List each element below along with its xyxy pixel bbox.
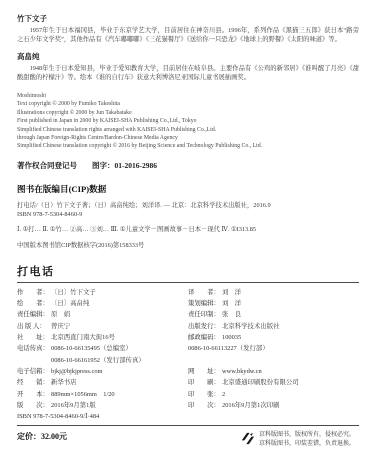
row-label: 作 者： xyxy=(17,287,51,298)
row-value: 2016年9月第1版 xyxy=(51,400,96,411)
author-bio-text: 1957年生于日本福冈县，毕业于东京学艺大学，目前居住在神奈川县。1996年，系… xyxy=(17,26,359,44)
colophon-bottom: 定价：32.00元 京科版图书，版权所有，侵权必究。 京科版图书，印装差错，负责… xyxy=(17,425,359,448)
row-label: 责任编辑： xyxy=(17,309,51,320)
row-label: 邮政编码： xyxy=(188,332,222,343)
book-title: 打电话 xyxy=(17,263,359,283)
row-value: 刘 洋 xyxy=(222,298,241,309)
illustrator-bio-text: 1948年生于日本爱知县，毕业于爱知教育大学，目前居住在岐阜县。主要作品有《公鸡… xyxy=(17,64,359,82)
row-value: www.bkydw.cn xyxy=(222,366,262,377)
row-value: 刘 洋 xyxy=(222,287,241,298)
row-value: 0086-10-66161952（发行部传真） xyxy=(51,355,145,366)
row-label: 译 者： xyxy=(188,287,222,298)
copyright-registration-number: 著作权合同登记号 图字：01-2016-2986 xyxy=(17,160,359,171)
row-value: 〔日〕竹下文子 xyxy=(51,287,96,298)
cip-classification-line: Ⅰ. ①打… Ⅱ. ①竹… ②高… ③刘… Ⅲ. ①儿童文学－图画故事－日本－现… xyxy=(17,225,359,234)
author-bio-takeshita: 竹下文子 1957年生于日本福冈县，毕业于东京学艺大学，目前居住在神奈川县。19… xyxy=(17,13,359,44)
row-illustrator: 绘 者：〔日〕高畠纯 xyxy=(17,298,188,309)
row-label: 电话传真： xyxy=(17,343,51,354)
row-email: 电子信箱：bjkj@bjkjpress.com xyxy=(17,366,188,377)
quality-notice: 京科版图书，印装差错，负责退换。 xyxy=(259,440,355,449)
row-impression: 印 次：2016年9月第1次印刷 xyxy=(188,400,359,411)
copyright-notice: 京科版图书，版权所有，侵权必究。 xyxy=(259,431,355,440)
row-publisher-person: 出 版 人：曾庆宁 xyxy=(17,321,188,332)
row-value: 100035 xyxy=(222,332,241,343)
cip-title-line: 打电话/（日）竹下文子著；（日）高畠纯绘；刘洋译. — 北京：北京科学技术出版社… xyxy=(17,201,359,210)
row-value: 0086-10-66135495（总编室） xyxy=(51,343,132,354)
row-value: 新华书店 xyxy=(51,377,77,388)
copyright-line: Text copyright © 2000 by Fumiko Takeshit… xyxy=(17,100,359,108)
row-label: 经 销： xyxy=(17,377,51,388)
illustrator-name: 高畠纯 xyxy=(17,51,359,62)
row-edition: 版 次：2016年9月第1版 xyxy=(17,400,188,411)
copyright-line: Moshimoshi xyxy=(17,92,359,100)
author-name: 竹下文子 xyxy=(17,13,359,24)
row-value: 〔日〕高畠纯 xyxy=(51,298,89,309)
row-value: 2016年9月第1次印刷 xyxy=(222,400,280,411)
row-responsible-editor: 责任编辑：原 娟 xyxy=(17,309,188,320)
row-postcode: 邮政编码：100035 xyxy=(188,332,359,343)
price-label: 定价：32.00元 xyxy=(17,431,67,442)
row-label: 网 址： xyxy=(188,366,222,377)
colophon-grid: 作 者：〔日〕竹下文子 绘 者：〔日〕高畠纯 责任编辑：原 娟 出 版 人：曾庆… xyxy=(17,287,359,423)
row-label: 出 版 人： xyxy=(17,321,51,332)
cip-lines: 打电话/（日）竹下文子著；（日）高畠纯绘；刘洋译. — 北京：北京科学技术出版社… xyxy=(17,201,359,250)
author-bios-section: 竹下文子 1957年生于日本福冈县，毕业于东京学艺大学，目前居住在神奈川县。19… xyxy=(17,13,359,82)
jingke-publisher-logo-icon xyxy=(241,432,256,445)
row-value: 张 良 xyxy=(222,309,241,320)
row-label: 版 次： xyxy=(17,400,51,411)
row-phone-fax-2: 0086-10-66161952（发行部传真） xyxy=(17,355,188,366)
row-label: 策划编辑： xyxy=(188,298,222,309)
row-value: bjkj@bjkjpress.com xyxy=(51,366,103,377)
row-print-supervisor: 责任印制：张 良 xyxy=(188,309,359,320)
row-value: 原 娟 xyxy=(51,309,70,320)
row-label: 电子信箱： xyxy=(17,366,51,377)
copyright-line: through Japan Foreign-Rights Centre/Bard… xyxy=(17,134,359,142)
row-isbn: ISBN 978-7-5304-8460-9/Ⅰ·484 xyxy=(17,411,188,422)
row-value: 0086-10-66113227（发行部） xyxy=(188,343,269,354)
colophon-right-column: 译 者：刘 洋 策划编辑：刘 洋 责任印制：张 良 出版发行：北京科学技术出版社… xyxy=(188,287,359,423)
copyright-line: Simplified Chinese translation rights ar… xyxy=(17,126,359,134)
row-value: 889mm×1056mm 1/20 xyxy=(51,389,115,400)
publisher-notices: 京科版图书，版权所有，侵权必究。 京科版图书，印装差错，负责退换。 xyxy=(241,431,359,448)
copyright-line: Simplified Chinese translation copyright… xyxy=(17,142,359,150)
row-label: 责任印制： xyxy=(188,309,222,320)
row-value: 2 xyxy=(222,389,225,400)
row-address: 社 址：北京西直门南大街16号 xyxy=(17,332,188,343)
row-distribution-phone: 0086-10-66113227（发行部） xyxy=(188,343,359,354)
row-planning-editor: 策划编辑：刘 洋 xyxy=(188,298,359,309)
row-value: 北京盛通印刷股份有限公司 xyxy=(222,377,299,388)
copyright-line: Illustrations copyright © 2000 by Jun Ta… xyxy=(17,109,359,117)
row-label: 绘 者： xyxy=(17,298,51,309)
copyright-line: First published in Japan in 2000 by KAIS… xyxy=(17,117,359,125)
author-bio-takabatake: 高畠纯 1948年生于日本爱知县，毕业于爱知教育大学，目前居住在岐阜县。主要作品… xyxy=(17,51,359,82)
row-author: 作 者：〔日〕竹下文子 xyxy=(17,287,188,298)
row-label: 开 本： xyxy=(17,389,51,400)
row-label: 出版发行： xyxy=(188,321,222,332)
row-publishing-house: 出版发行：北京科学技术出版社 xyxy=(188,321,359,332)
cip-isbn-line: ISBN 978-7-5304-8460-9 xyxy=(17,210,359,219)
row-label: 印 刷： xyxy=(188,377,222,388)
row-website: 网 址：www.bkydw.cn xyxy=(188,366,359,377)
row-printer: 印 刷：北京盛通印刷股份有限公司 xyxy=(188,377,359,388)
row-translator: 译 者：刘 洋 xyxy=(188,287,359,298)
cip-record-number-line: 中国版本图书馆CIP数据核字(2016)第158333号 xyxy=(17,241,359,250)
row-label: 印 次： xyxy=(188,400,222,411)
row-spacer xyxy=(188,355,359,366)
row-value: 曾庆宁 xyxy=(51,321,70,332)
cip-header: 图书在版编目(CIP)数据 xyxy=(17,183,359,195)
row-value: 北京西直门南大街16号 xyxy=(51,332,115,343)
row-value: ISBN 978-7-5304-8460-9/Ⅰ·484 xyxy=(17,411,99,422)
row-distribution: 经 销：新华书店 xyxy=(17,377,188,388)
cip-section: 图书在版编目(CIP)数据 打电话/（日）竹下文子著；（日）高畠纯绘；刘洋译. … xyxy=(17,183,359,250)
copyright-page: 竹下文子 1957年生于日本福冈县，毕业于东京学艺大学，目前居住在神奈川县。19… xyxy=(0,0,375,454)
row-label: 社 址： xyxy=(17,332,51,343)
row-label: 印 张： xyxy=(188,389,222,400)
colophon-section: 打电话 作 者：〔日〕竹下文子 绘 者：〔日〕高畠纯 责任编辑：原 娟 出 版 … xyxy=(17,263,359,449)
colophon-left-column: 作 者：〔日〕竹下文子 绘 者：〔日〕高畠纯 责任编辑：原 娟 出 版 人：曾庆… xyxy=(17,287,188,423)
notice-lines: 京科版图书，版权所有，侵权必究。 京科版图书，印装差错，负责退换。 xyxy=(259,431,355,448)
row-phone-fax: 电话传真：0086-10-66135495（总编室） xyxy=(17,343,188,354)
row-format: 开 本：889mm×1056mm 1/20 xyxy=(17,389,188,400)
english-copyright-block: Moshimoshi Text copyright © 2000 by Fumi… xyxy=(17,92,359,151)
row-sheets: 印 张：2 xyxy=(188,389,359,400)
row-value: 北京科学技术出版社 xyxy=(222,321,280,332)
